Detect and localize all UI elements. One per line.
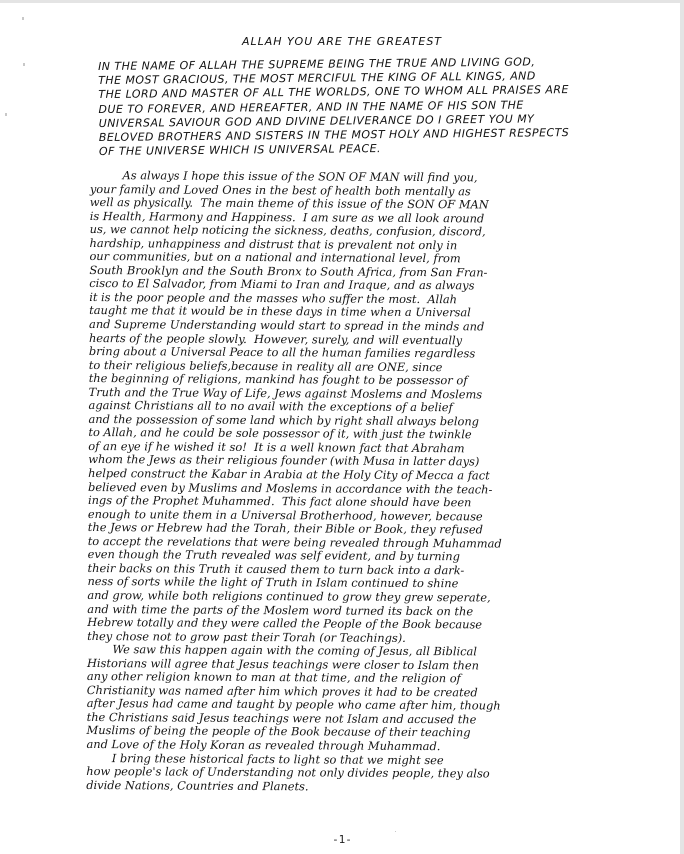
scan-speck [22,17,24,20]
document-page: ALLAH YOU ARE THE GREATEST IN THE NAME O… [0,3,680,854]
document-title: ALLAH YOU ARE THE GREATEST [0,35,680,48]
page-number: -1- [0,833,680,846]
scan-speck [395,831,396,832]
body-text: As always I hope this issue of the SON O… [86,169,504,795]
body-line: divide Nations, Countries and Planets. [86,779,500,795]
scan-speck [5,113,7,116]
scan-speck [23,63,25,66]
invocation-paragraph: IN THE NAME OF ALLAH THE SUPREME BEING T… [98,55,570,159]
